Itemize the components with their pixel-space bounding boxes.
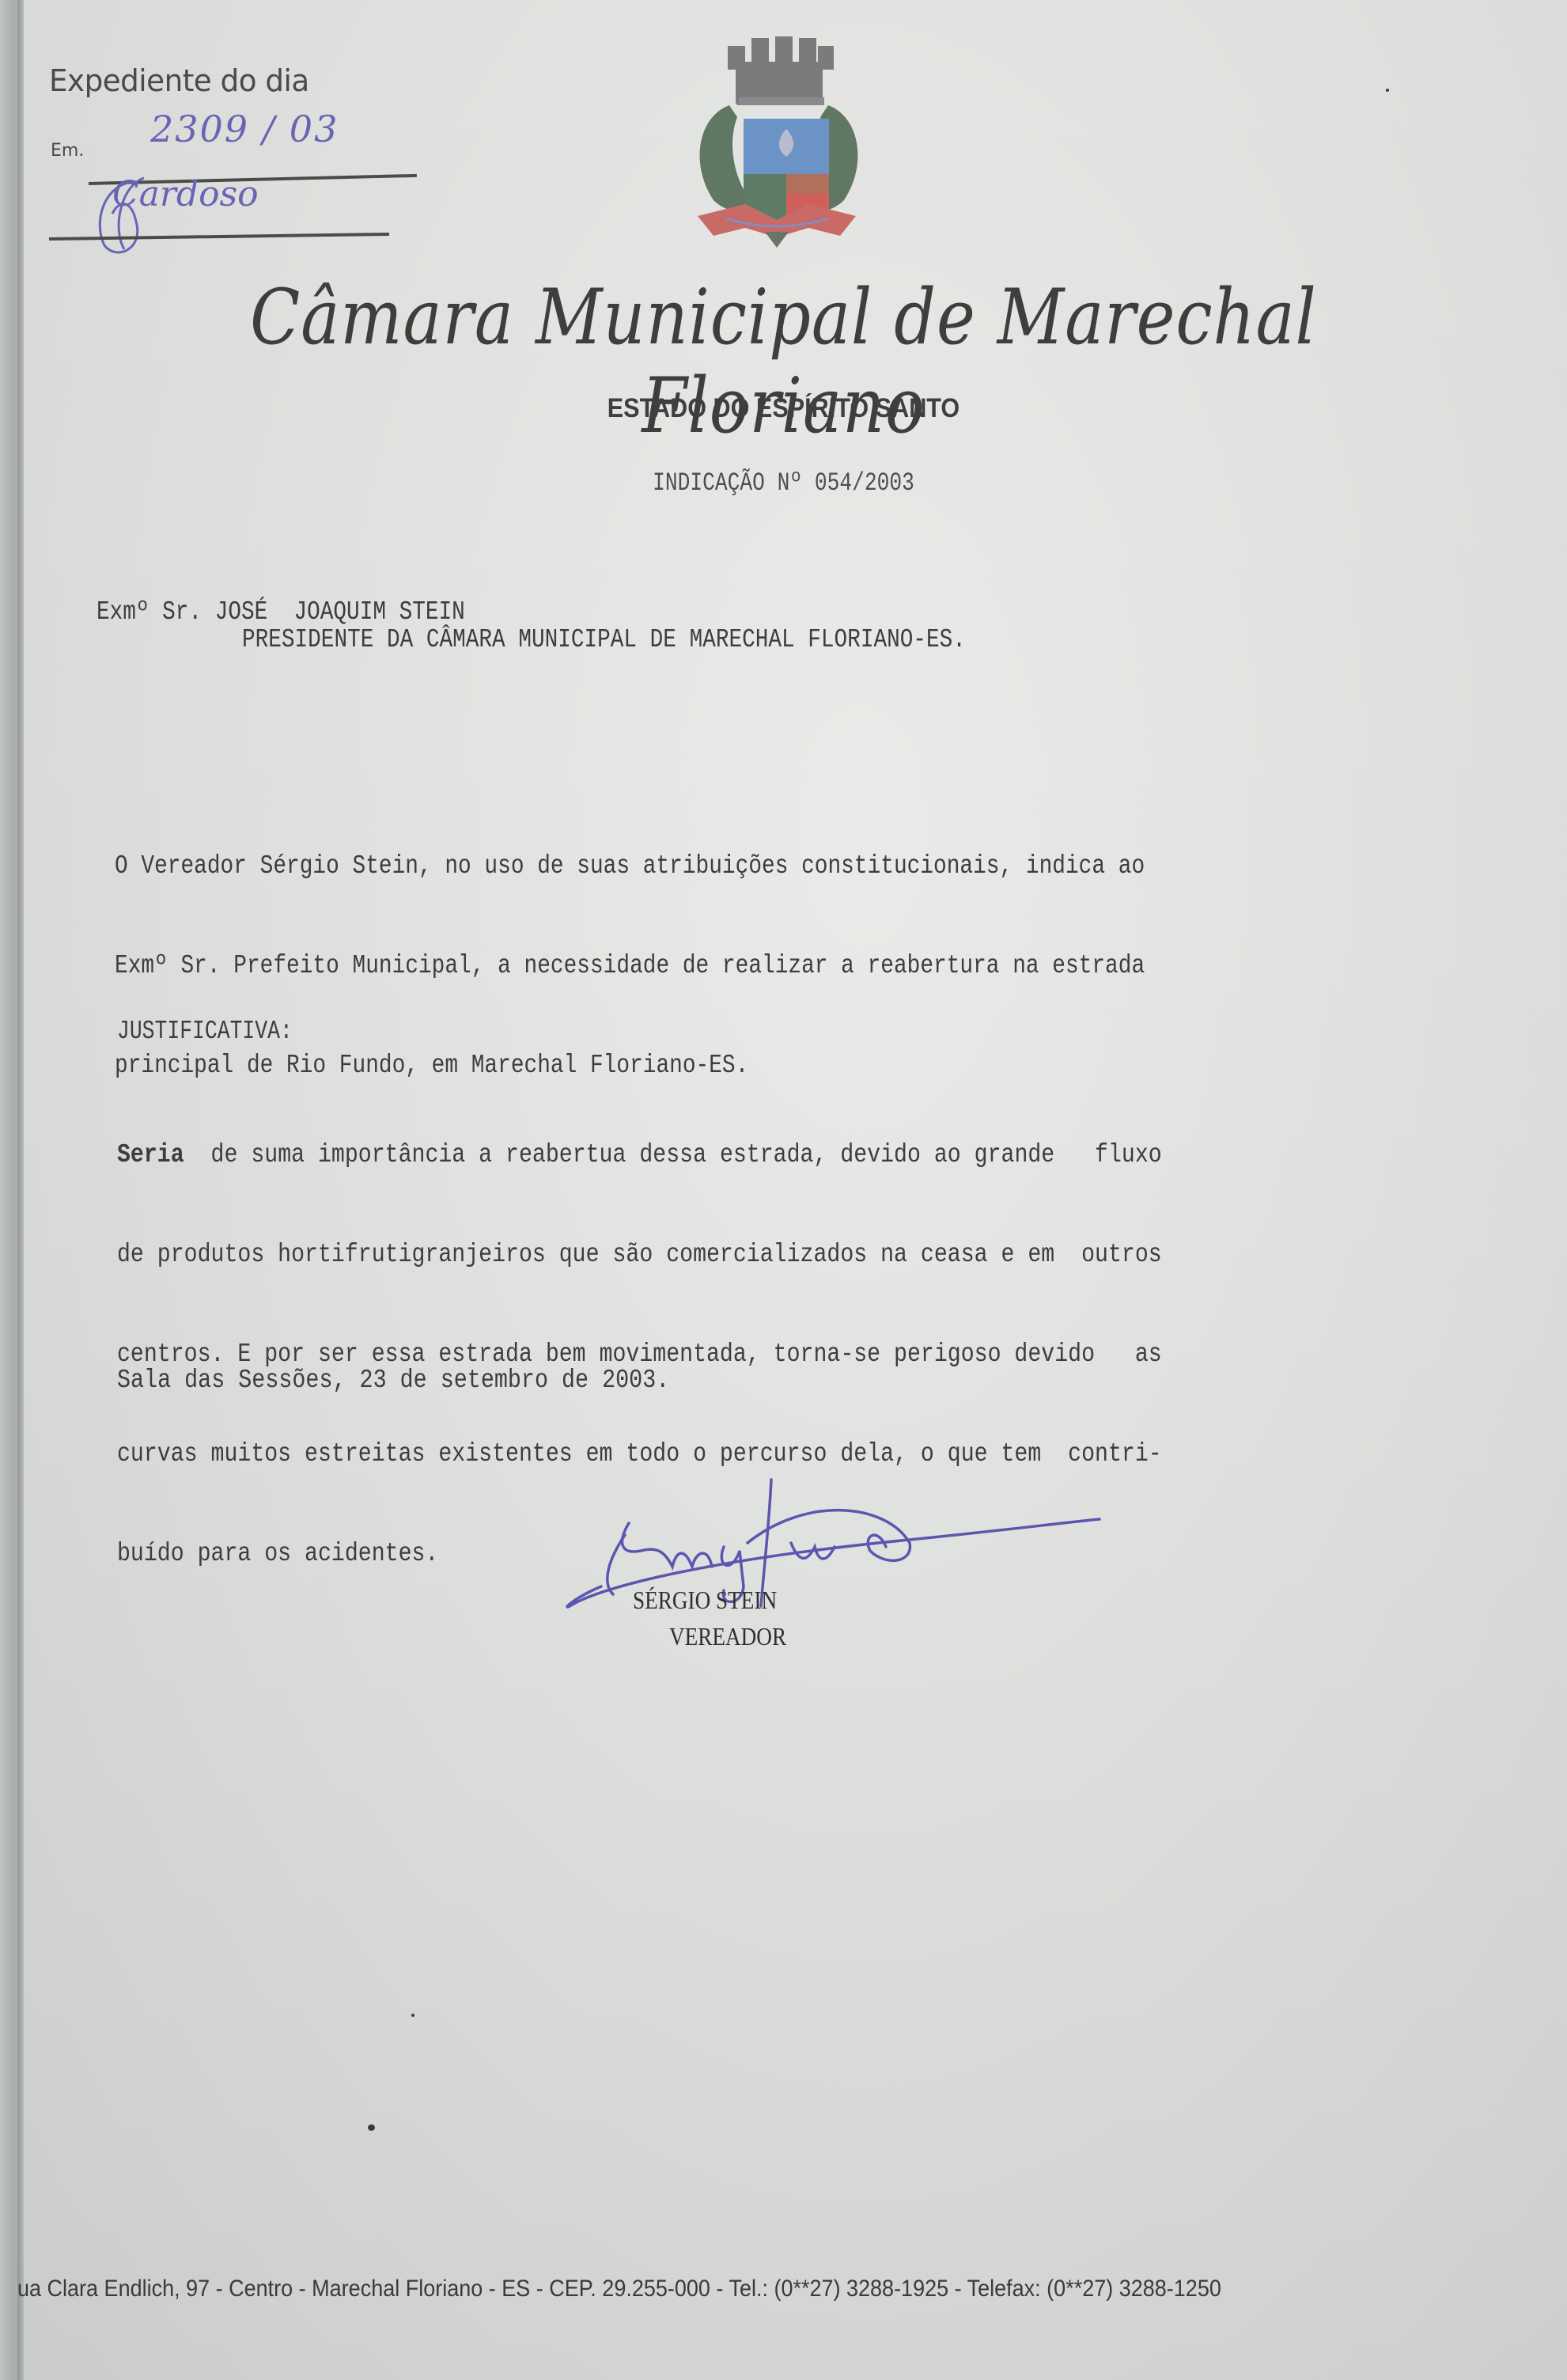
place-and-date: Sala das Sessões, 23 de setembro de 2003…: [117, 1366, 669, 1395]
document-page: Expediente do dia Em. 2309 / 03 Cardoso: [0, 0, 1567, 2380]
paper-speck: [368, 2124, 375, 2131]
signatory-name: SÉRGIO STEIN: [633, 1586, 777, 1615]
stamp-title: Expediente do dia: [49, 63, 309, 98]
stamp-em-label: Em.: [51, 141, 84, 161]
paper-speck: [411, 2014, 414, 2017]
justification-first-word: Seria: [117, 1140, 184, 1169]
addressee-name: Exmº Sr. JOSÉ JOAQUIM STEIN: [97, 597, 465, 627]
addressee-title: PRESIDENTE DA CÂMARA MUNICIPAL DE MARECH…: [242, 625, 966, 654]
paragraph-line: de produtos hortifrutigranjeiros que são…: [117, 1238, 1162, 1271]
coat-of-arms-icon: [682, 30, 872, 248]
footer-address: ua Clara Endlich, 97 - Centro - Marechal…: [17, 2276, 1221, 2302]
document-number: INDICAÇÃO Nº 054/2003: [141, 468, 1425, 498]
paragraph-line: O Vereador Sérgio Stein, no uso de suas …: [115, 850, 1145, 883]
paper-speck: [1386, 89, 1389, 92]
justification-heading: JUSTIFICATIVA:: [117, 1017, 293, 1046]
stamp-handwritten-signature: Cardoso: [112, 174, 259, 214]
receipt-stamp: Expediente do dia Em. 2309 / 03 Cardoso: [49, 55, 397, 206]
state-subtitle: ESTADO DO ESPÍRITO SANTO: [78, 393, 1489, 424]
page-binding-shadow: [17, 0, 24, 2380]
stamp-handwritten-date: 2309 / 03: [150, 108, 339, 150]
justification-first-line: de suma importância a reabertua dessa es…: [184, 1140, 1162, 1169]
paragraph-line: Exmº Sr. Prefeito Municipal, a necessida…: [115, 949, 1145, 983]
paragraph-line: Seria de suma importância a reabertua de…: [117, 1139, 1162, 1172]
signatory-role: VEREADOR: [669, 1622, 786, 1651]
